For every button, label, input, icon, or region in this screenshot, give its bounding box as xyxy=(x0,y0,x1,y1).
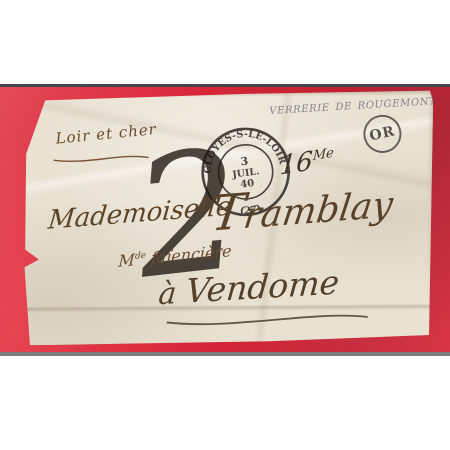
locality-underline-flourish xyxy=(163,309,373,328)
address-locality-prefix: à xyxy=(157,276,178,312)
or-postmark: OR xyxy=(360,111,405,156)
folded-letter: VERRERIE DE ROUGEMONT OR CLOYES-S-LE-LOI… xyxy=(19,91,435,346)
or-postmark-label: OR xyxy=(368,123,397,144)
cds-day: 3 xyxy=(240,155,249,169)
address-occupation-abbr-sup: de xyxy=(135,251,147,262)
address-locality-name: Vendome xyxy=(184,262,340,310)
letter-photo: VERRERIE DE ROUGEMONT OR CLOYES-S-LE-LOI… xyxy=(0,0,450,450)
rate-note-number: 16 xyxy=(279,146,314,181)
rate-note-superscript: Me xyxy=(312,146,334,164)
pencil-dealer-note: VERRERIE DE ROUGEMONT xyxy=(269,96,437,117)
address-occupation-abbr: M xyxy=(118,250,135,271)
